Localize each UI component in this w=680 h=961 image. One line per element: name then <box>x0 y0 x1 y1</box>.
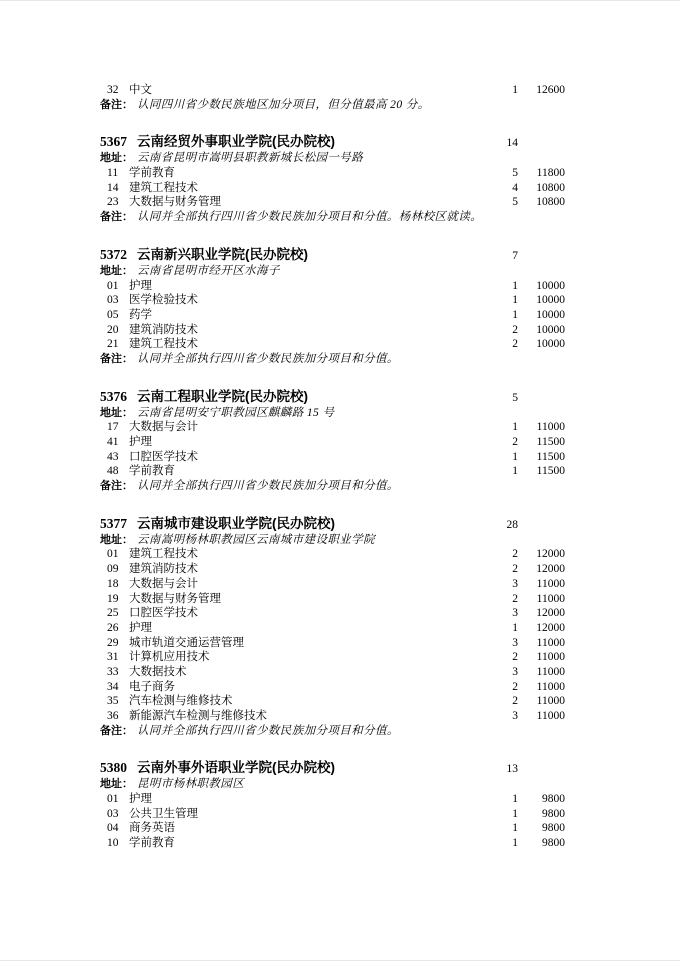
program-row: 48 学前教育 1 11500 <box>100 464 565 479</box>
remark-text: 认同并全部执行四川省少数民族加分项目和分值。 <box>137 479 399 494</box>
remark-label: 备注： <box>100 724 133 739</box>
program-rows: 17 大数据与会计 1 11000 41 护理 2 11500 43 口腔医学技… <box>100 420 565 479</box>
college-total: 13 <box>488 760 518 779</box>
program-name: 护理 <box>129 621 488 636</box>
program-fee: 11000 <box>518 592 565 607</box>
program-fee: 11500 <box>518 435 565 450</box>
program-fee: 10000 <box>518 308 565 323</box>
program-count: 1 <box>488 836 518 851</box>
program-row: 19 大数据与财务管理 2 11000 <box>100 592 565 607</box>
program-code: 18 <box>107 577 122 592</box>
program-code: 20 <box>107 323 122 338</box>
address-label: 地址： <box>100 777 133 792</box>
college-name: 云南城市建设职业学院(民办院校) <box>137 514 488 533</box>
program-name: 中文 <box>129 83 488 98</box>
program-row: 01 护理 1 9800 <box>100 792 565 807</box>
college-block: 5372 云南新兴职业学院(民办院校) 7 地址： 云南省昆明市经开区水海子 0… <box>100 245 565 367</box>
program-code: 03 <box>107 293 122 308</box>
program-rows: 01 护理 1 10000 03 医学检验技术 1 10000 05 药学 1 … <box>100 279 565 352</box>
college-header: 5376 云南工程职业学院(民办院校) 5 <box>100 387 565 406</box>
program-code: 29 <box>107 636 122 651</box>
program-fee: 12000 <box>518 547 565 562</box>
program-fee: 11000 <box>518 694 565 709</box>
program-fee: 9800 <box>518 836 565 851</box>
program-fee: 11000 <box>518 650 565 665</box>
address-line: 地址： 云南省昆明市经开区水海子 <box>100 264 565 279</box>
program-fee: 11500 <box>518 464 565 479</box>
remark-text: 认同并全部执行四川省少数民族加分项目和分值。杨林校区就读。 <box>137 210 482 225</box>
college-header: 5367 云南经贸外事职业学院(民办院校) 14 <box>100 132 565 151</box>
program-code: 05 <box>107 308 122 323</box>
address-text: 云南省昆明市经开区水海子 <box>137 264 280 279</box>
remark-line: 备注： 认同四川省少数民族地区加分项目，但分值最高 20 分。 <box>100 98 565 113</box>
program-name: 医学检验技术 <box>129 293 488 308</box>
program-row: 04 商务英语 1 9800 <box>100 821 565 836</box>
program-row: 18 大数据与会计 3 11000 <box>100 577 565 592</box>
program-row: 03 医学检验技术 1 10000 <box>100 293 565 308</box>
program-row: 26 护理 1 12000 <box>100 621 565 636</box>
program-fee: 12000 <box>518 606 565 621</box>
program-count: 1 <box>488 83 518 98</box>
program-fee: 10800 <box>518 181 565 196</box>
college-code: 5377 <box>100 514 127 533</box>
program-count: 1 <box>488 792 518 807</box>
program-code: 01 <box>107 547 122 562</box>
program-code: 23 <box>107 195 122 210</box>
program-row: 01 护理 1 10000 <box>100 279 565 294</box>
program-code: 48 <box>107 464 122 479</box>
program-name: 学前教育 <box>129 464 488 479</box>
program-fee: 11000 <box>518 709 565 724</box>
program-name: 计算机应用技术 <box>129 650 488 665</box>
program-name: 大数据与会计 <box>129 577 488 592</box>
program-count: 2 <box>488 650 518 665</box>
program-count: 2 <box>488 337 518 352</box>
program-code: 10 <box>107 836 122 851</box>
program-name: 建筑工程技术 <box>129 547 488 562</box>
college-block: 5376 云南工程职业学院(民办院校) 5 地址： 云南省昆明安宁职教园区麒麟路… <box>100 387 565 494</box>
program-code: 04 <box>107 821 122 836</box>
address-label: 地址： <box>100 151 133 166</box>
program-fee: 9800 <box>518 821 565 836</box>
program-name: 商务英语 <box>129 821 488 836</box>
college-code: 5376 <box>100 387 127 406</box>
program-name: 护理 <box>129 279 488 294</box>
program-fee: 12600 <box>518 83 565 98</box>
program-code: 41 <box>107 435 122 450</box>
program-count: 1 <box>488 450 518 465</box>
program-name: 药学 <box>129 308 488 323</box>
document-page: 32 中文 1 12600 备注： 认同四川省少数民族地区加分项目，但分值最高 … <box>0 0 680 961</box>
program-fee: 10000 <box>518 337 565 352</box>
program-name: 护理 <box>129 435 488 450</box>
program-count: 3 <box>488 577 518 592</box>
college-total: 5 <box>488 389 518 408</box>
college-name: 云南新兴职业学院(民办院校) <box>137 245 488 264</box>
program-row: 01 建筑工程技术 2 12000 <box>100 547 565 562</box>
program-name: 建筑消防技术 <box>129 323 488 338</box>
address-text: 云南省昆明安宁职教园区麒麟路 15 号 <box>137 406 334 421</box>
address-label: 地址： <box>100 533 133 548</box>
program-row: 03 公共卫生管理 1 9800 <box>100 807 565 822</box>
program-row: 25 口腔医学技术 3 12000 <box>100 606 565 621</box>
program-code: 35 <box>107 694 122 709</box>
college-block: 5367 云南经贸外事职业学院(民办院校) 14 地址： 云南省昆明市嵩明县职教… <box>100 132 565 224</box>
program-row: 09 建筑消防技术 2 12000 <box>100 562 565 577</box>
program-count: 2 <box>488 694 518 709</box>
program-row: 11 学前教育 5 11800 <box>100 166 565 181</box>
program-row: 41 护理 2 11500 <box>100 435 565 450</box>
address-line: 地址： 云南省昆明市嵩明县职教新城长松园一号路 <box>100 151 565 166</box>
college-code: 5380 <box>100 758 127 777</box>
program-fee: 12000 <box>518 562 565 577</box>
program-name: 学前教育 <box>129 166 488 181</box>
program-code: 11 <box>107 166 122 181</box>
remark-text: 认同并全部执行四川省少数民族加分项目和分值。 <box>137 724 399 739</box>
program-fee: 11000 <box>518 680 565 695</box>
address-text: 昆明市杨林职教园区 <box>137 777 244 792</box>
program-count: 1 <box>488 621 518 636</box>
program-code: 01 <box>107 792 122 807</box>
address-label: 地址： <box>100 264 133 279</box>
program-count: 3 <box>488 709 518 724</box>
program-fee: 11000 <box>518 665 565 680</box>
college-total: 28 <box>488 516 518 535</box>
remark-line: 备注： 认同并全部执行四川省少数民族加分项目和分值。 <box>100 479 565 494</box>
program-row: 33 大数据技术 3 11000 <box>100 665 565 680</box>
program-name: 建筑工程技术 <box>129 181 488 196</box>
program-code: 25 <box>107 606 122 621</box>
college-name: 云南工程职业学院(民办院校) <box>137 387 488 406</box>
program-row: 14 建筑工程技术 4 10800 <box>100 181 565 196</box>
program-fee: 12000 <box>518 621 565 636</box>
program-code: 17 <box>107 420 122 435</box>
program-count: 1 <box>488 821 518 836</box>
program-name: 大数据与会计 <box>129 420 488 435</box>
program-row: 31 计算机应用技术 2 11000 <box>100 650 565 665</box>
program-code: 03 <box>107 807 122 822</box>
program-code: 26 <box>107 621 122 636</box>
program-row: 32 中文 1 12600 <box>100 83 565 98</box>
colleges-container: 5367 云南经贸外事职业学院(民办院校) 14 地址： 云南省昆明市嵩明县职教… <box>100 132 565 850</box>
program-name: 城市轨道交通运营管理 <box>129 636 488 651</box>
college-block-partial: 32 中文 1 12600 备注： 认同四川省少数民族地区加分项目，但分值最高 … <box>100 83 565 112</box>
program-fee: 10000 <box>518 323 565 338</box>
program-count: 1 <box>488 293 518 308</box>
program-code: 09 <box>107 562 122 577</box>
program-count: 2 <box>488 547 518 562</box>
program-name: 建筑工程技术 <box>129 337 488 352</box>
program-row: 21 建筑工程技术 2 10000 <box>100 337 565 352</box>
remark-text: 认同四川省少数民族地区加分项目，但分值最高 20 分。 <box>137 98 430 113</box>
college-header: 5377 云南城市建设职业学院(民办院校) 28 <box>100 514 565 533</box>
college-block: 5380 云南外事外语职业学院(民办院校) 13 地址： 昆明市杨林职教园区 0… <box>100 758 565 850</box>
program-code: 31 <box>107 650 122 665</box>
program-count: 1 <box>488 308 518 323</box>
remark-label: 备注： <box>100 210 133 225</box>
program-name: 护理 <box>129 792 488 807</box>
program-name: 新能源汽车检测与维修技术 <box>129 709 488 724</box>
program-code: 36 <box>107 709 122 724</box>
program-count: 2 <box>488 435 518 450</box>
program-code: 34 <box>107 680 122 695</box>
program-count: 4 <box>488 181 518 196</box>
program-name: 建筑消防技术 <box>129 562 488 577</box>
program-fee: 10000 <box>518 279 565 294</box>
program-rows: 11 学前教育 5 11800 14 建筑工程技术 4 10800 23 大数据… <box>100 166 565 210</box>
program-rows: 01 建筑工程技术 2 12000 09 建筑消防技术 2 12000 18 大… <box>100 547 565 723</box>
college-block: 5377 云南城市建设职业学院(民办院校) 28 地址： 云南嵩明杨林职教园区云… <box>100 514 565 739</box>
program-row: 43 口腔医学技术 1 11500 <box>100 450 565 465</box>
program-count: 2 <box>488 680 518 695</box>
address-text: 云南嵩明杨林职教园区云南城市建设职业学院 <box>137 533 375 548</box>
program-code: 14 <box>107 181 122 196</box>
program-name: 公共卫生管理 <box>129 807 488 822</box>
remark-line: 备注： 认同并全部执行四川省少数民族加分项目和分值。 <box>100 724 565 739</box>
address-text: 云南省昆明市嵩明县职教新城长松园一号路 <box>137 151 363 166</box>
program-name: 口腔医学技术 <box>129 450 488 465</box>
program-count: 1 <box>488 279 518 294</box>
college-name: 云南外事外语职业学院(民办院校) <box>137 758 488 777</box>
program-name: 电子商务 <box>129 680 488 695</box>
program-name: 口腔医学技术 <box>129 606 488 621</box>
program-count: 1 <box>488 420 518 435</box>
address-line: 地址： 云南省昆明安宁职教园区麒麟路 15 号 <box>100 406 565 421</box>
address-line: 地址： 昆明市杨林职教园区 <box>100 777 565 792</box>
program-count: 1 <box>488 464 518 479</box>
program-row: 23 大数据与财务管理 5 10800 <box>100 195 565 210</box>
program-row: 35 汽车检测与维修技术 2 11000 <box>100 694 565 709</box>
program-fee: 11000 <box>518 420 565 435</box>
program-row: 34 电子商务 2 11000 <box>100 680 565 695</box>
program-row: 05 药学 1 10000 <box>100 308 565 323</box>
program-name: 大数据与财务管理 <box>129 195 488 210</box>
college-header: 5380 云南外事外语职业学院(民办院校) 13 <box>100 758 565 777</box>
program-code: 32 <box>107 83 122 98</box>
remark-line: 备注： 认同并全部执行四川省少数民族加分项目和分值。杨林校区就读。 <box>100 210 565 225</box>
program-name: 学前教育 <box>129 836 488 851</box>
program-fee: 11000 <box>518 577 565 592</box>
program-count: 2 <box>488 592 518 607</box>
remark-text: 认同并全部执行四川省少数民族加分项目和分值。 <box>137 352 399 367</box>
program-fee: 10800 <box>518 195 565 210</box>
remark-label: 备注： <box>100 98 133 113</box>
program-count: 1 <box>488 807 518 822</box>
program-count: 2 <box>488 562 518 577</box>
program-code: 43 <box>107 450 122 465</box>
program-count: 3 <box>488 636 518 651</box>
address-line: 地址： 云南嵩明杨林职教园区云南城市建设职业学院 <box>100 533 565 548</box>
program-count: 3 <box>488 665 518 680</box>
program-count: 5 <box>488 166 518 181</box>
remark-line: 备注： 认同并全部执行四川省少数民族加分项目和分值。 <box>100 352 565 367</box>
college-header: 5372 云南新兴职业学院(民办院校) 7 <box>100 245 565 264</box>
program-fee: 9800 <box>518 792 565 807</box>
program-row: 36 新能源汽车检测与维修技术 3 11000 <box>100 709 565 724</box>
program-name: 汽车检测与维修技术 <box>129 694 488 709</box>
college-total: 7 <box>488 247 518 266</box>
program-row: 17 大数据与会计 1 11000 <box>100 420 565 435</box>
college-total: 14 <box>488 134 518 153</box>
program-code: 33 <box>107 665 122 680</box>
program-fee: 11800 <box>518 166 565 181</box>
program-fee: 9800 <box>518 807 565 822</box>
address-label: 地址： <box>100 406 133 421</box>
remark-label: 备注： <box>100 479 133 494</box>
program-count: 3 <box>488 606 518 621</box>
program-fee: 10000 <box>518 293 565 308</box>
program-row: 20 建筑消防技术 2 10000 <box>100 323 565 338</box>
program-count: 2 <box>488 323 518 338</box>
program-name: 大数据与财务管理 <box>129 592 488 607</box>
college-code: 5372 <box>100 245 127 264</box>
program-name: 大数据技术 <box>129 665 488 680</box>
program-code: 01 <box>107 279 122 294</box>
program-code: 19 <box>107 592 122 607</box>
program-fee: 11500 <box>518 450 565 465</box>
program-fee: 11000 <box>518 636 565 651</box>
college-code: 5367 <box>100 132 127 151</box>
college-name: 云南经贸外事职业学院(民办院校) <box>137 132 488 151</box>
program-row: 10 学前教育 1 9800 <box>100 836 565 851</box>
program-rows: 01 护理 1 9800 03 公共卫生管理 1 9800 04 商务英语 1 … <box>100 792 565 851</box>
program-row: 29 城市轨道交通运营管理 3 11000 <box>100 636 565 651</box>
program-count: 5 <box>488 195 518 210</box>
program-code: 21 <box>107 337 122 352</box>
remark-label: 备注： <box>100 352 133 367</box>
